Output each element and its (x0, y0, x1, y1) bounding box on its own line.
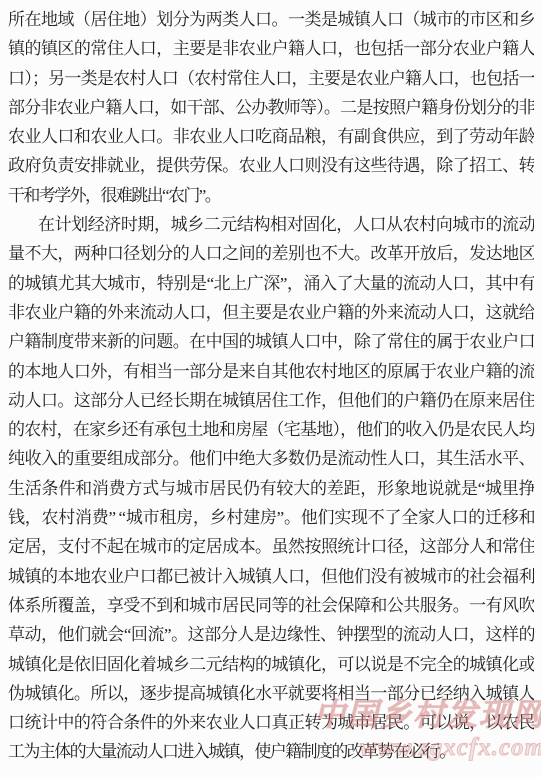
text-line: 伪城镇化。所以，逐步提高城镇化水平就要将相当一部分已经纳入城镇人 (8, 679, 534, 708)
text-line: 口统计中的符合条件的外来农业人口真正转为城市居民。可以说，以农民 (8, 708, 534, 737)
text-line: 镇的镇区的常住人口，主要是非农业户籍人口，也包括一部分农业户籍人 (8, 34, 534, 63)
text-line: 体系所覆盖，享受不到和城市居民同等的社会保障和公共服务。一有风吹 (8, 591, 534, 620)
text-line: 的城镇尤其大城市，特别是“北上广深”，涌入了大量的流动人口，其中有 (8, 269, 534, 298)
text-line: 动人口。这部分人已经长期在城镇居住工作，但他们的户籍仍在原来居住 (8, 386, 534, 415)
text-line: 非农业户籍的外来流动人口，但主要是农业户籍的外来流动人口，这就给 (8, 298, 534, 327)
text-line: 户籍制度带来新的问题。在中国的城镇人口中，除了常住的属于农业户口 (8, 327, 534, 356)
text-line: 农业人口和农业人口。非农业人口吃商品粮，有副食供应，到了劳动年龄 (8, 122, 534, 151)
document-page: 所在地域（居住地）划分为两类人口。一类是城镇人口（城市的市区和乡镇的镇区的常住人… (0, 0, 541, 777)
text-line: 部分非农业户籍人口，如干部、公办教师等）。二是按照户籍身份划分的非 (8, 93, 534, 122)
text-line: 城镇化是依旧固化着城乡二元结构的城镇化，可以说是不完全的城镇化或 (8, 650, 534, 679)
text-line: 干和考学外，很难跳出“农门”。 (8, 181, 534, 210)
text-line: 在计划经济时期，城乡二元结构相对固化，人口从农村向城市的流动 (8, 210, 534, 239)
text-line: 城镇的本地农业户口都已被计入城镇人口，但他们没有被城市的社会福利 (8, 562, 534, 591)
text-line: 的农村，在家乡还有承包土地和房屋（宅基地），他们的收入仍是农民人均 (8, 415, 534, 444)
text-line: 所在地域（居住地）划分为两类人口。一类是城镇人口（城市的市区和乡 (8, 5, 534, 34)
text-line: 定居，支付不起在城市的定居成本。虽然按照统计口径，这部分人和常住 (8, 532, 534, 561)
text-line: 的本地人口外，有相当一部分是来自其他农村地区的原属于农业户籍的流 (8, 357, 534, 386)
text-line: 纯收入的重要组成部分。他们中绝大多数仍是流动性人口，其生活水平、 (8, 444, 534, 473)
text-line: 口）；另一类是农村人口（农村常住人口，主要是农业户籍人口，也包括一 (8, 64, 534, 93)
text-line: 钱，农村消费” “城市租房，乡村建房”。他们实现不了全家人口的迁移和 (8, 503, 534, 532)
text-line: 草动，他们就会“回流”。这部分人是边缘性、钟摆型的流动人口，这样的 (8, 620, 534, 649)
text-line: 生活条件和消费方式与城市居民仍有较大的差距，形象地说就是“城里挣 (8, 474, 534, 503)
text-line: 量不大，两种口径划分的人口之间的差别也不大。改革开放后，发达地区 (8, 239, 534, 268)
text-line: 工为主体的大量流动人口进入城镇，使户籍制度的改革势在必行。 (8, 737, 534, 766)
body-text: 所在地域（居住地）划分为两类人口。一类是城镇人口（城市的市区和乡镇的镇区的常住人… (8, 5, 534, 767)
text-line: 政府负责安排就业，提供劳保。农业人口则没有这些待遇，除了招工、转 (8, 151, 534, 180)
